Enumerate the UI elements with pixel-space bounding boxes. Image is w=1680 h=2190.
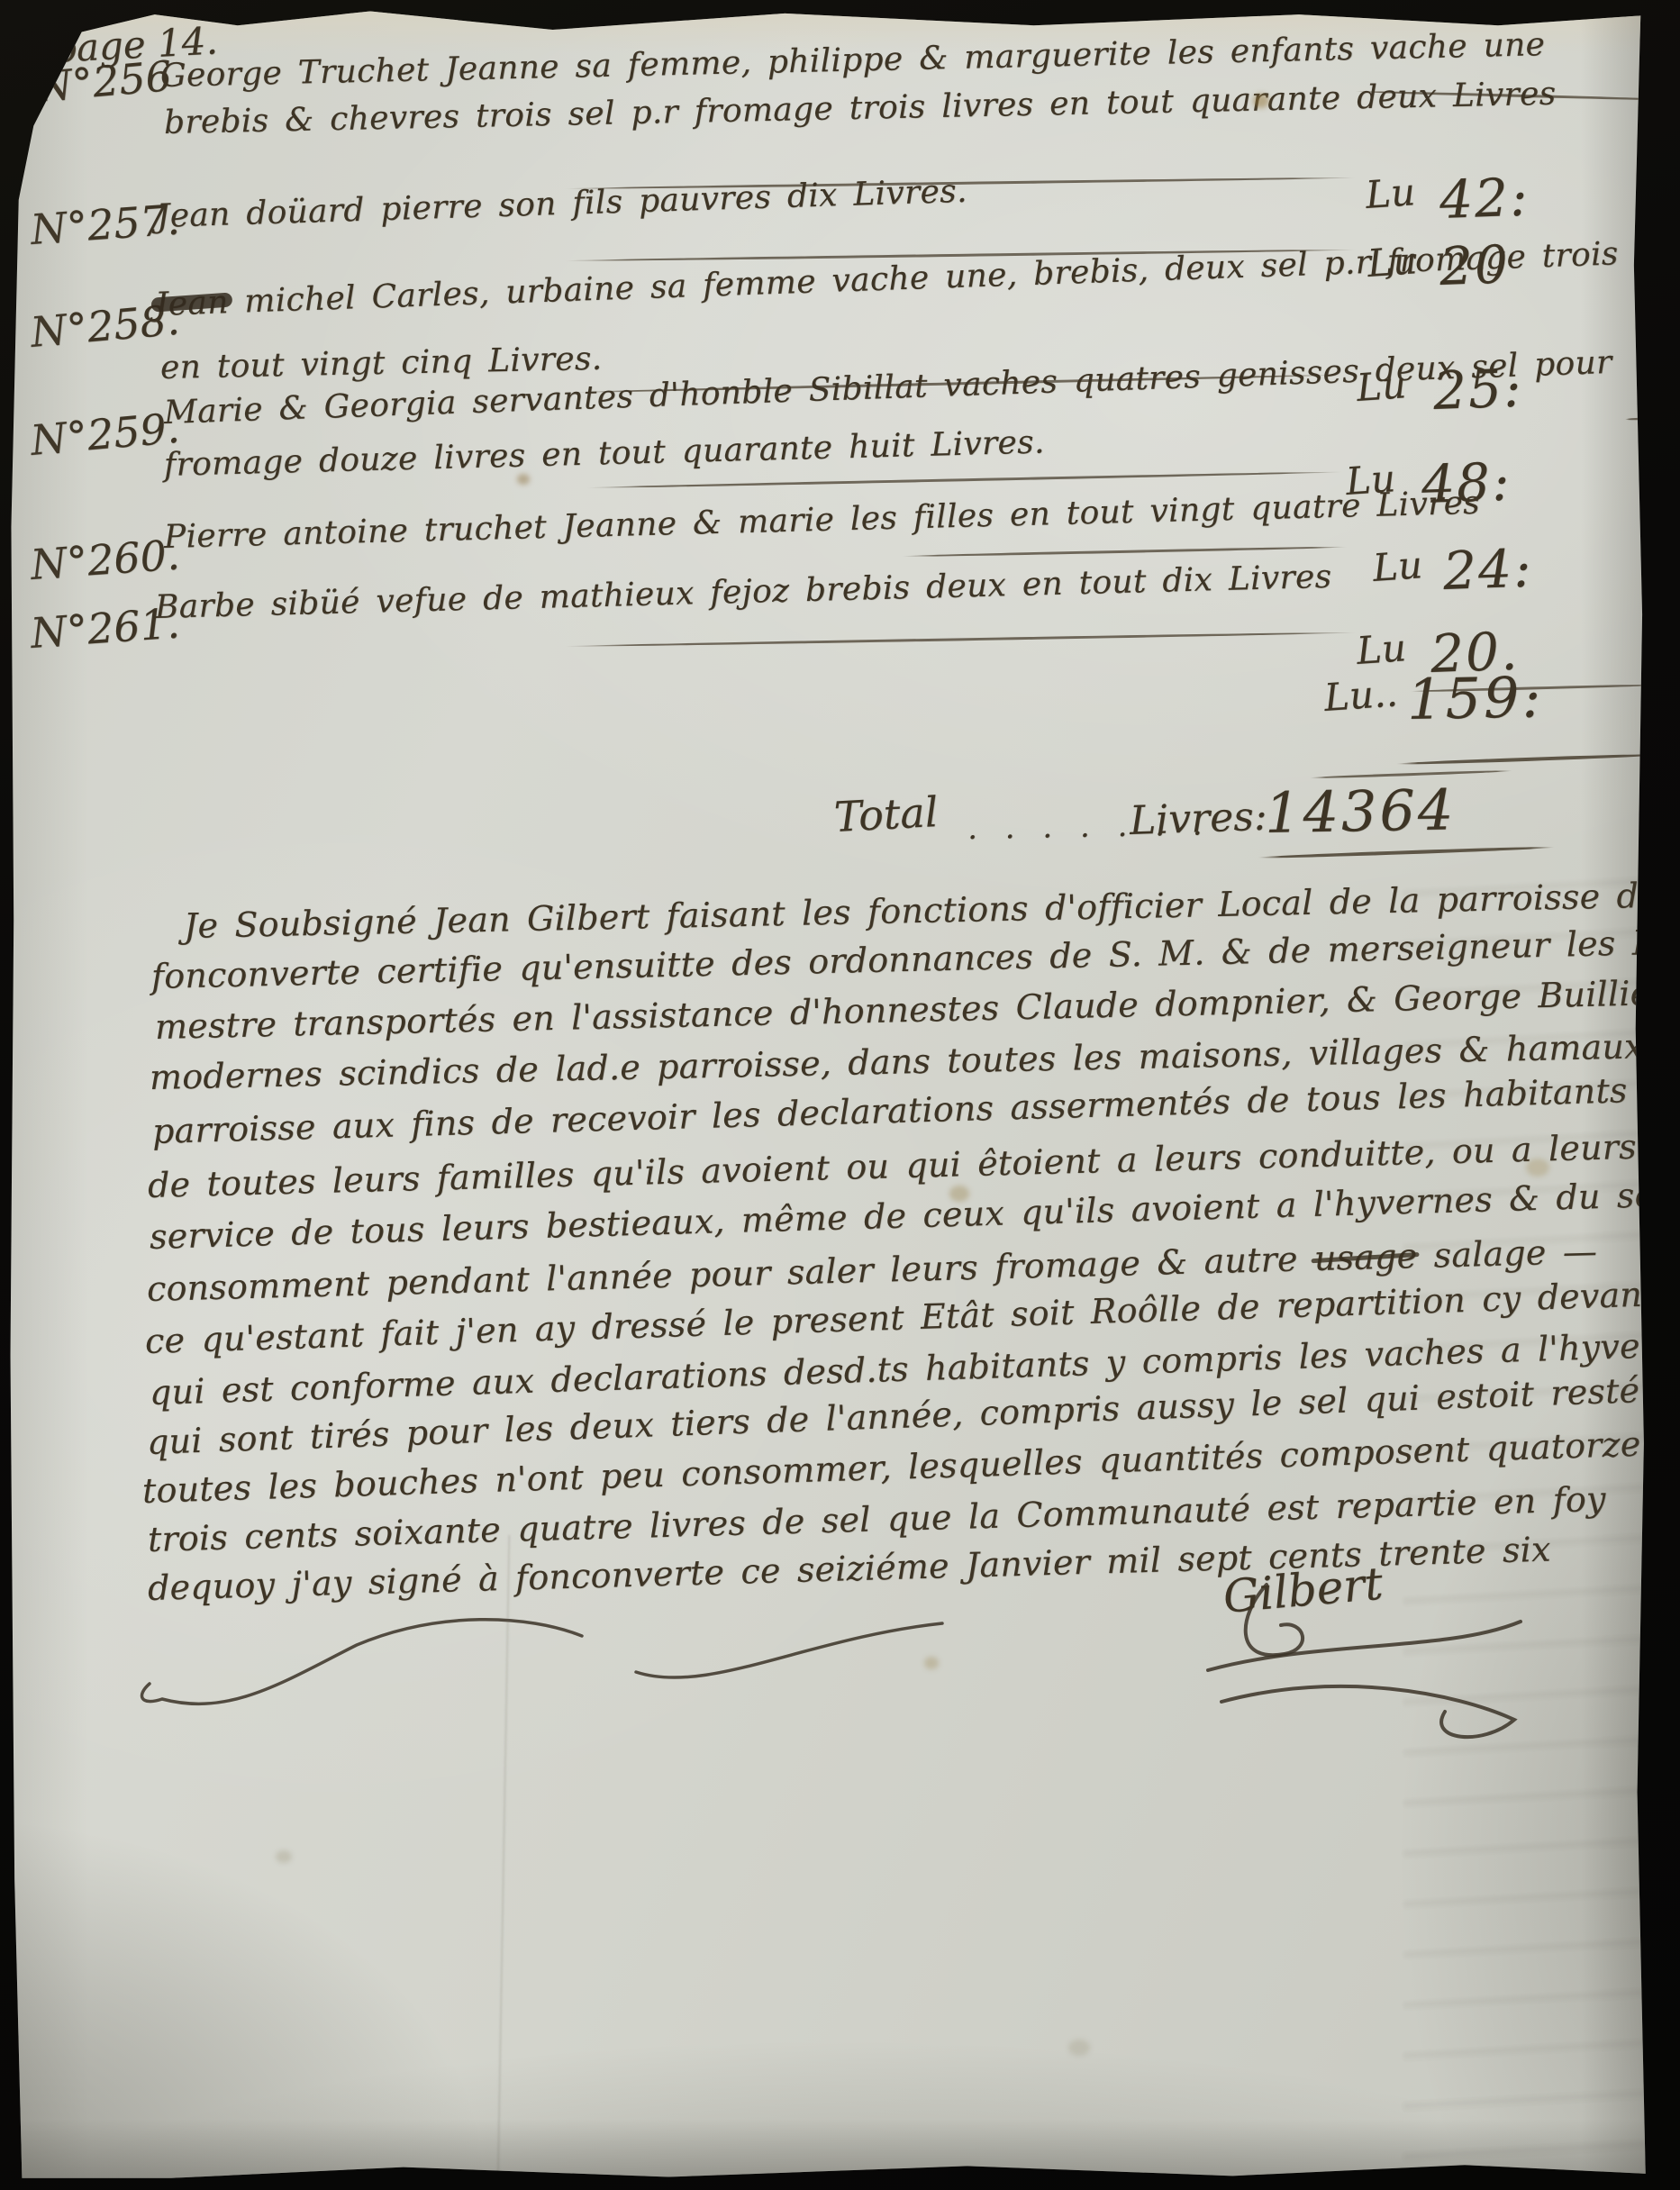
entry-261-lu-label: Lu	[1355, 625, 1407, 673]
entry-257-line1: Jean doüard pierre son fils pauvres dix …	[156, 173, 967, 235]
paragraph-line-8-struck-word: usage	[1313, 1236, 1418, 1278]
entry-261-line1: Barbe sibüé vefue de mathieux fejoz breb…	[154, 559, 1331, 626]
entry-256-amount: 42:	[1439, 167, 1530, 231]
total-unit: Livres:	[1129, 794, 1267, 844]
total-label: Total	[833, 787, 940, 841]
subtotal-underline	[1396, 753, 1662, 766]
entry-258-line2: en tout vingt cinq Livres.	[160, 341, 603, 386]
flourish-line	[564, 632, 1357, 648]
flourish-line	[902, 546, 1348, 558]
paper-stain	[276, 1850, 292, 1863]
paper-stain	[1526, 1159, 1549, 1177]
ink-bleedthrough	[1403, 855, 1657, 2170]
scanned-document-photo: page 14. N°256 George Truchet Jeanne sa …	[0, 0, 1680, 2190]
entry-260-line1: Pierre antoine truchet Jeanne & marie le…	[163, 485, 1480, 556]
flourish-line	[586, 470, 1343, 489]
entry-259-number: N°259.	[29, 404, 182, 465]
subtotal-lu-label: Lu..	[1322, 670, 1399, 720]
entry-256-lu-label: Lu	[1364, 169, 1416, 217]
entry-258-struck-word: Jean	[154, 284, 229, 323]
paper-stain	[517, 474, 530, 485]
paper-stain	[1068, 2040, 1090, 2056]
paper-stain	[1253, 94, 1269, 108]
flourish-line	[1625, 416, 1680, 421]
entry-260-number: N°260.	[29, 531, 181, 589]
entry-258-line1-text: michel Carles, urbaine sa femme vache un…	[244, 232, 1680, 321]
total-amount: 14364	[1264, 777, 1456, 846]
closing-flourish-underline	[132, 1598, 1014, 1724]
entry-260-lu-label: Lu	[1371, 542, 1423, 590]
subtotal-amount: 159:	[1406, 664, 1543, 732]
manuscript-page: page 14. N°256 George Truchet Jeanne sa …	[5, 4, 1664, 2185]
entry-258-line1: Jean michel Carles, urbaine sa femme vac…	[154, 232, 1680, 323]
entry-256-number: N°256	[34, 51, 174, 112]
paper-stain	[949, 1186, 969, 1202]
paper-stain	[924, 1657, 939, 1669]
entry-259-line2: fromage douze livres en tout quarante hu…	[163, 423, 1045, 484]
entry-260-amount: 24:	[1442, 538, 1534, 602]
